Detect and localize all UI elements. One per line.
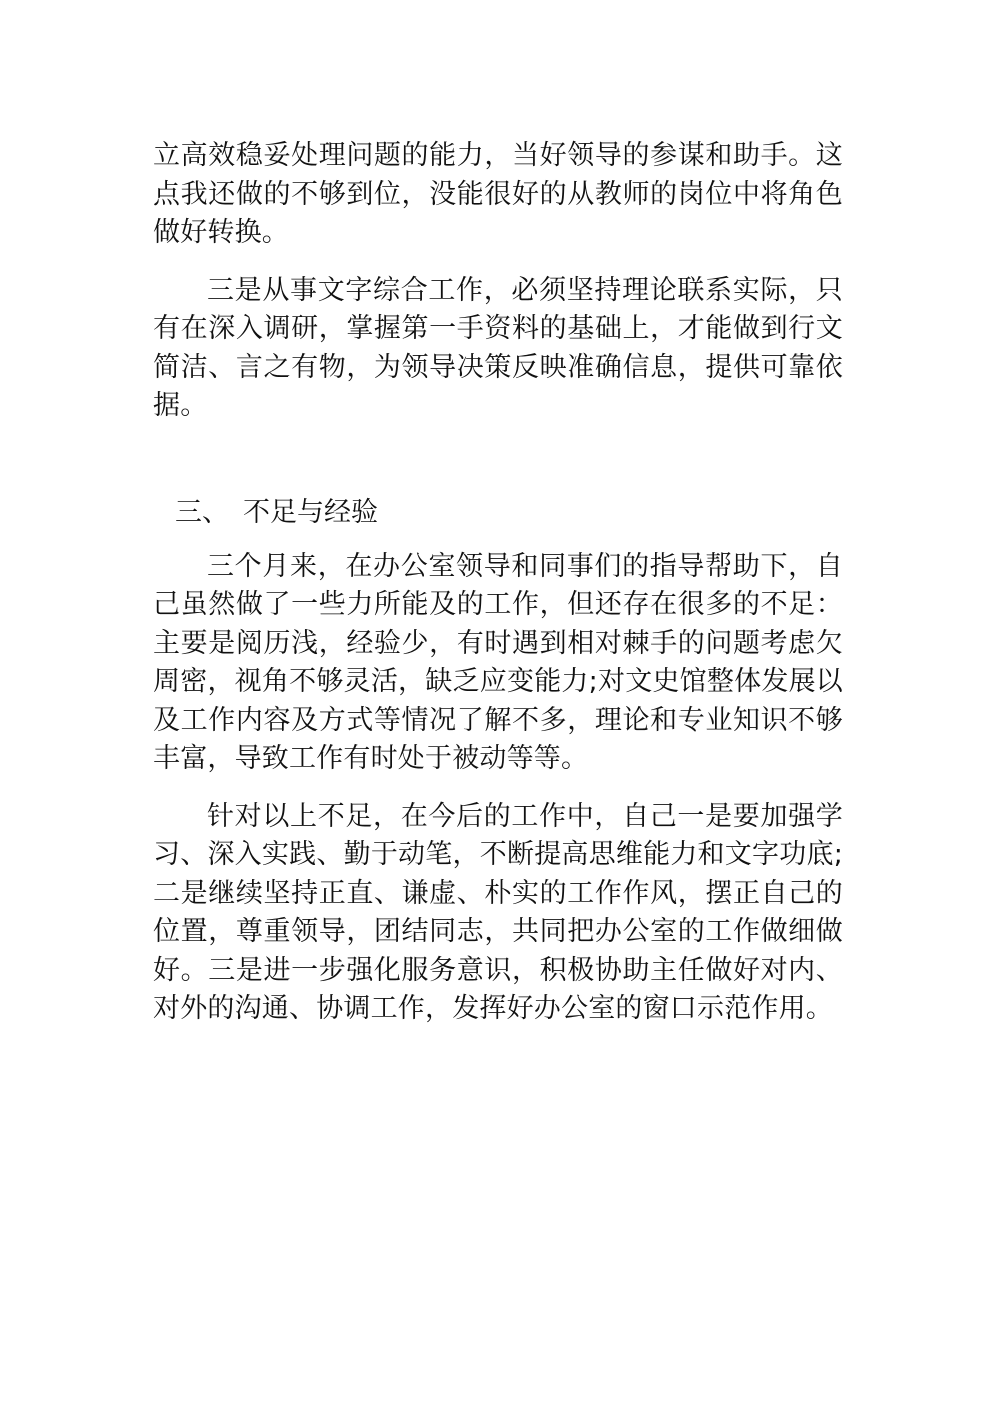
document-page: 立高效稳妥处理问题的能力，当好领导的参谋和助手。这点我还做的不够到位，没能很好的… [153, 137, 843, 1029]
section-number: 三、 [175, 497, 229, 528]
paragraph-shortcomings: 三个月来，在办公室领导和同事们的指导帮助下，自己虽然做了一些力所能及的工作，但还… [153, 548, 843, 779]
paragraph-improvements: 针对以上不足，在今后的工作中，自己一是要加强学习、深入实践、勤于动笔，不断提高思… [153, 798, 843, 1029]
section-heading: 三、不足与经验 [175, 494, 843, 532]
paragraph-role-transition: 立高效稳妥处理问题的能力，当好领导的参谋和助手。这点我还做的不够到位，没能很好的… [153, 137, 843, 253]
section-title: 不足与经验 [243, 497, 378, 528]
paragraph-writing-work: 三是从事文字综合工作，必须坚持理论联系实际，只有在深入调研，掌握第一手资料的基础… [153, 272, 843, 426]
